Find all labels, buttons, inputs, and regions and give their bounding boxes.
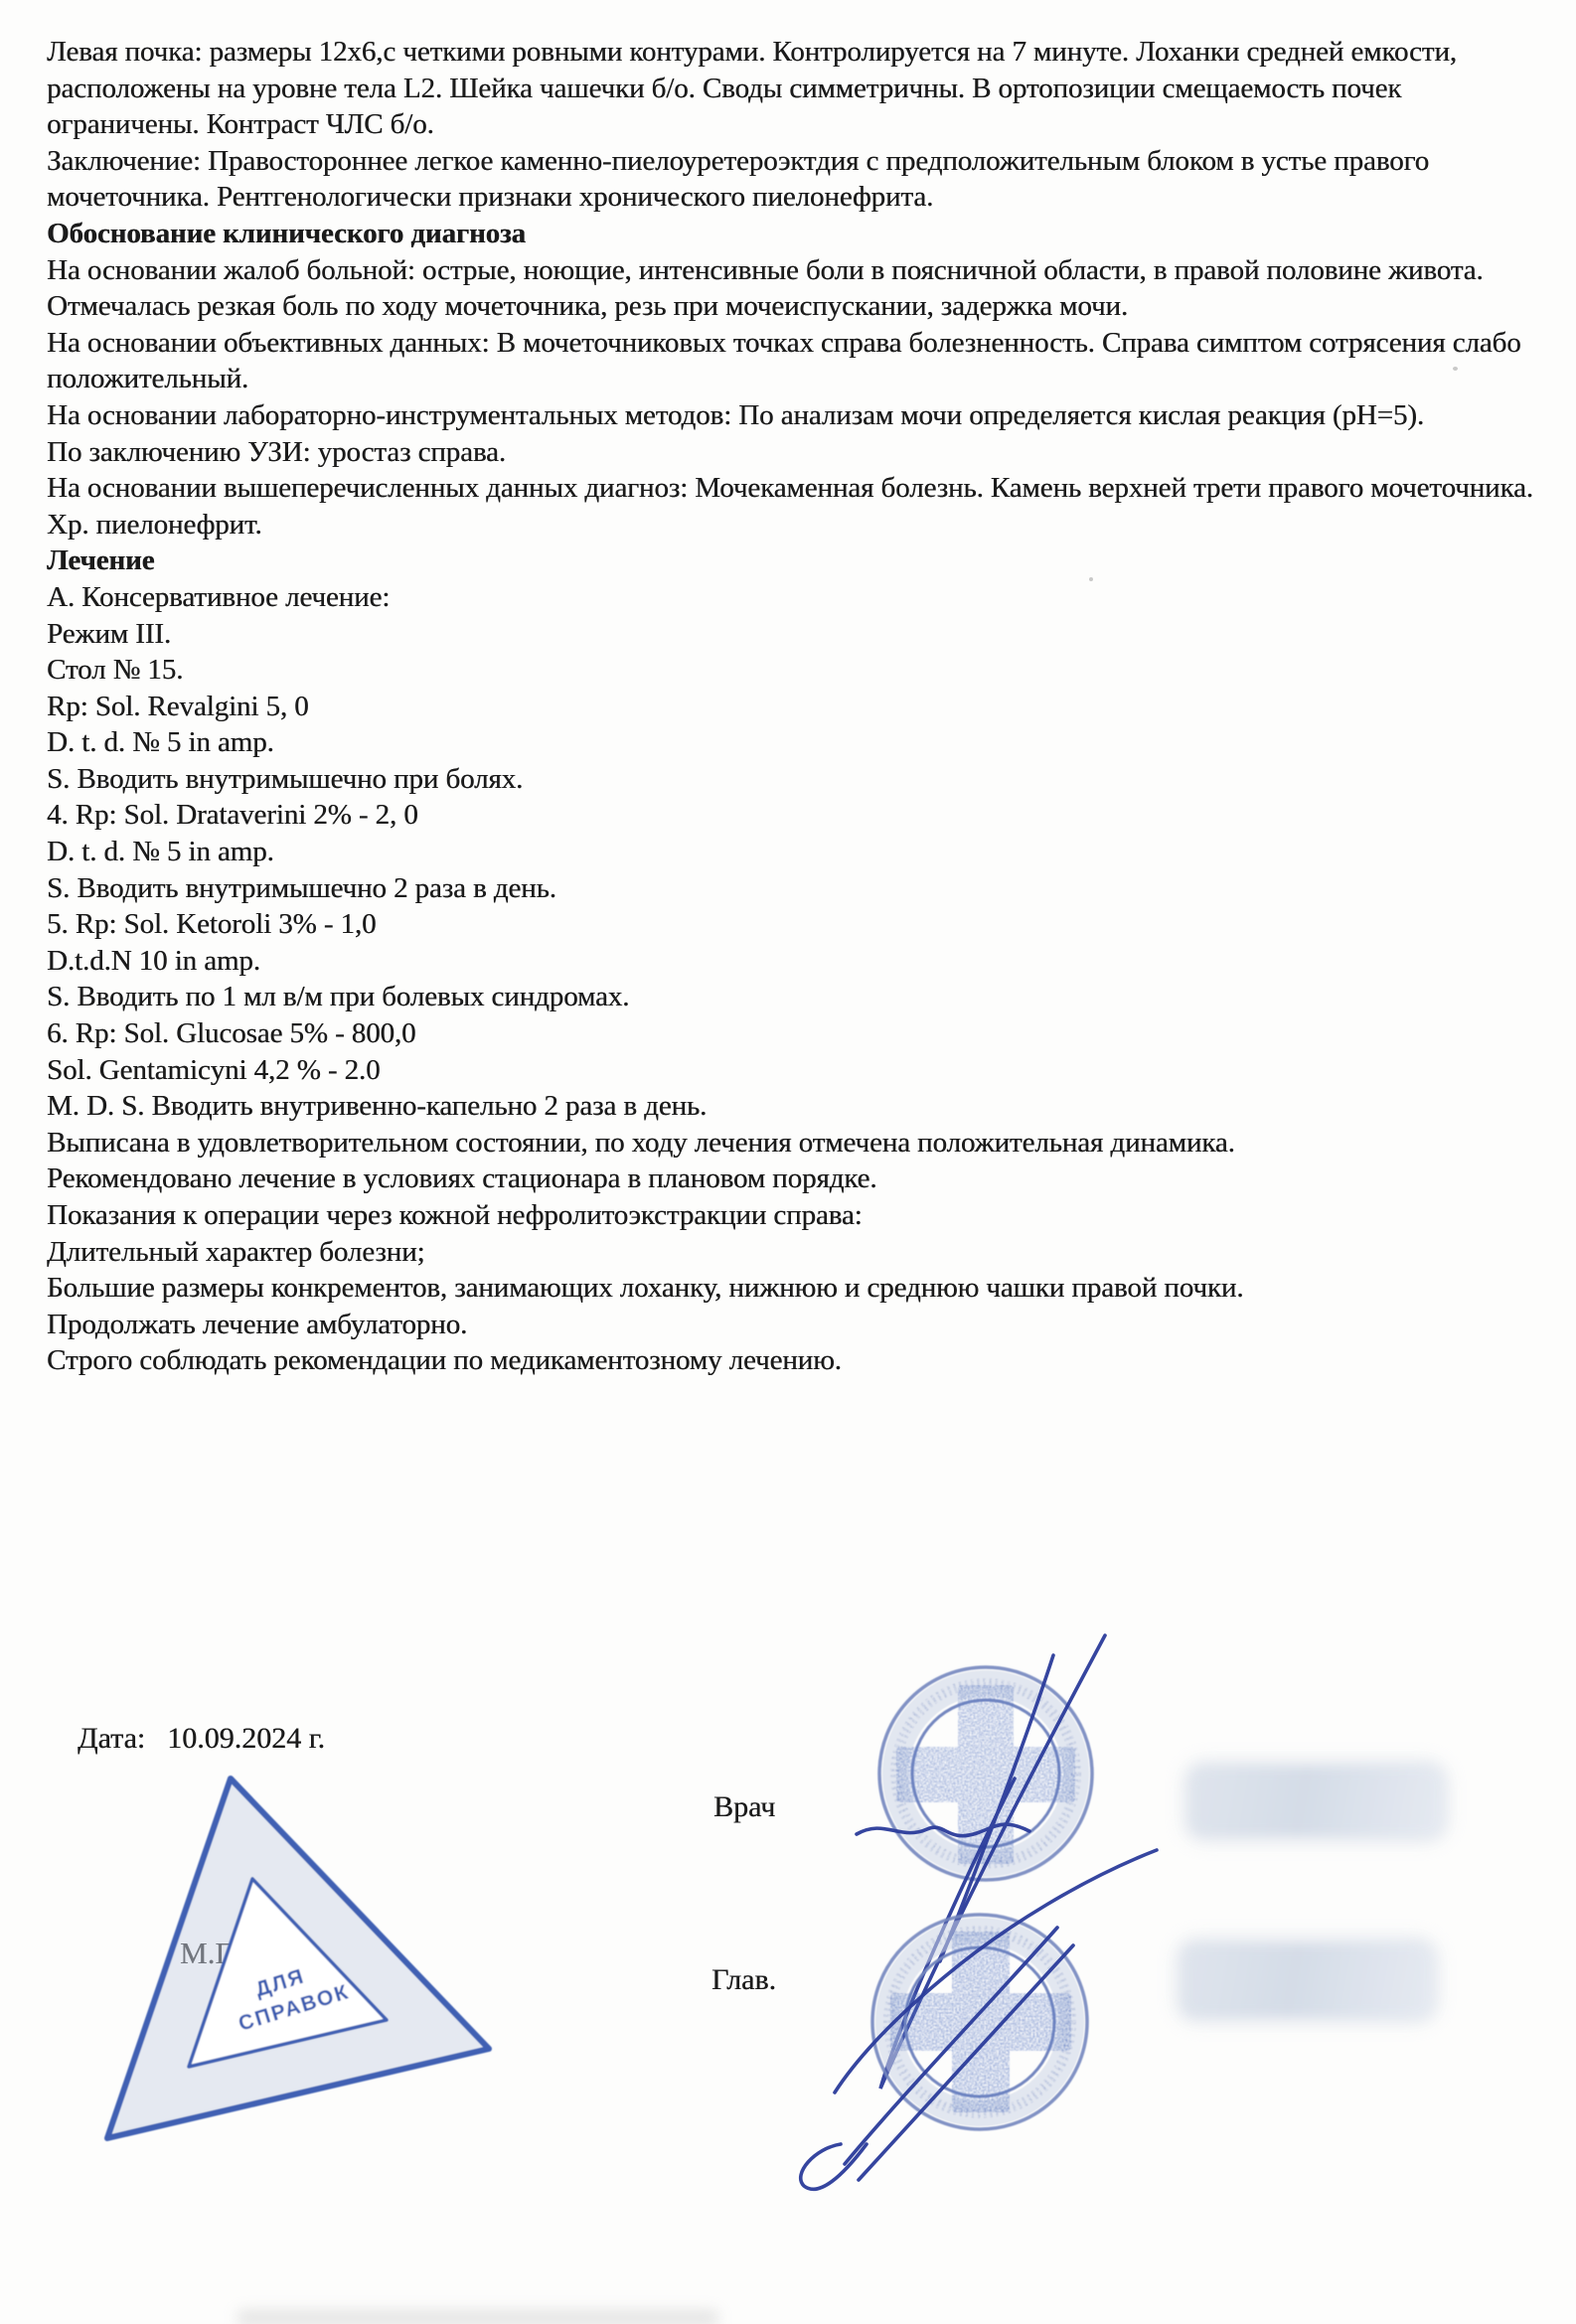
treatment-line: D.t.d.N 10 in amp. — [47, 943, 1537, 980]
scan-speck — [1089, 577, 1093, 581]
treatment-line: D. t. d. № 5 in amp. — [47, 724, 1537, 761]
treatment-line: Rp: Sol. Revalgini 5, 0 — [47, 689, 1537, 725]
paragraph-disease-duration: Длительный характер болезни; — [47, 1234, 1537, 1271]
scan-speck — [1453, 367, 1458, 371]
treatment-line: 5. Rp: Sol. Ketoroli 3% - 1,0 — [47, 906, 1537, 943]
paragraph-discharge-state: Выписана в удовлетворительном состоянии,… — [47, 1125, 1537, 1162]
paragraph-complaints: На основании жалоб больной: острые, ноющ… — [47, 252, 1537, 325]
treatment-line: Sol. Gentamicyni 4,2 % - 2.0 — [47, 1052, 1537, 1089]
treatment-line: S. Вводить внутримышечно 2 раза в день. — [47, 870, 1537, 907]
triangle-stamp: ДЛЯ СПРАВОК — [107, 1779, 489, 2138]
paragraph-strict-compliance: Строго соблюдать рекомендации по медикам… — [47, 1342, 1537, 1379]
paragraph-outpatient-treatment: Продолжать лечение амбулаторно. — [47, 1307, 1537, 1343]
paragraph-stone-sizes: Большие размеры конкрементов, занимающих… — [47, 1270, 1537, 1307]
section-heading-diagnosis-justification: Обоснование клинического диагноза — [47, 216, 1537, 252]
treatment-line: А. Консервативное лечение: — [47, 579, 1537, 616]
paragraph-final-diagnosis: На основании вышеперечисленных данных ди… — [47, 470, 1537, 542]
treatment-line: D. t. d. № 5 in amp. — [47, 834, 1537, 870]
paragraph-lab-methods: На основании лабораторно-инструментальны… — [47, 397, 1537, 434]
treatment-line: 6. Rp: Sol. Glucosae 5% - 800,0 — [47, 1015, 1537, 1052]
treatment-line: Стол № 15. — [47, 652, 1537, 689]
document-body-text: Левая почка: размеры 12х6,с четкими ровн… — [47, 34, 1537, 1379]
paragraph-ultrasound: По заключению УЗИ: уростаз справа. — [47, 434, 1537, 471]
paragraph-conclusion: Заключение: Правостороннее легкое каменн… — [47, 143, 1537, 216]
treatment-line: 4. Rp: Sol. Drataverini 2% - 2, 0 — [47, 797, 1537, 834]
section-heading-treatment: Лечение — [47, 542, 1537, 579]
scanned-medical-discharge-page: Левая почка: размеры 12х6,с четкими ровн… — [0, 0, 1576, 2324]
treatment-line: S. Вводить внутримышечно при болях. — [47, 761, 1537, 798]
paragraph-recommendation: Рекомендовано лечение в условиях стацион… — [47, 1161, 1537, 1197]
treatment-line: Режим III. — [47, 616, 1537, 653]
paragraph-left-kidney-report: Левая почка: размеры 12х6,с четкими ровн… — [47, 34, 1537, 143]
redaction-blur-head-name — [1182, 1944, 1431, 2016]
paragraph-operation-indications: Показания к операции через кожной нефрол… — [47, 1197, 1537, 1234]
treatment-line: M. D. S. Вводить внутривенно-капельно 2 … — [47, 1088, 1537, 1125]
paragraph-objective-data: На основании объективных данных: В мочет… — [47, 325, 1537, 397]
redaction-blur-doctor-name — [1190, 1768, 1441, 1835]
scan-edge-smudge — [236, 2310, 719, 2324]
treatment-line: S. Вводить по 1 мл в/м при болевых синдр… — [47, 979, 1537, 1015]
